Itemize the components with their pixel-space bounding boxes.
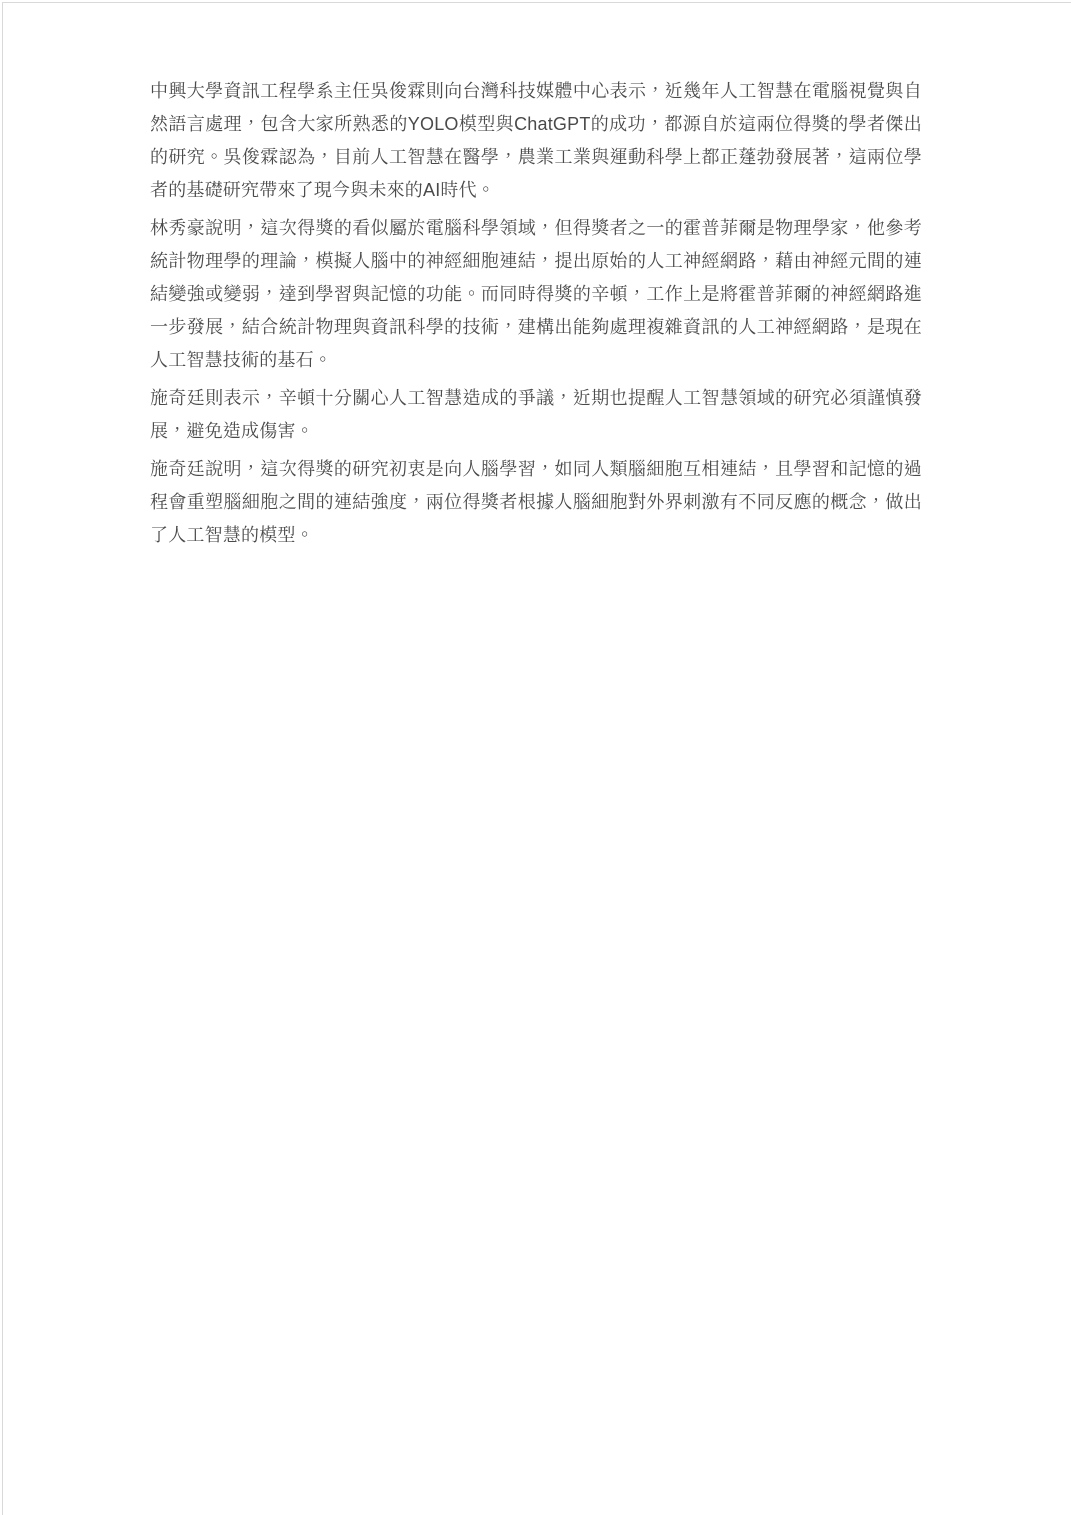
paragraph: 林秀豪說明，這次得獎的看似屬於電腦科學領域，但得獎者之一的霍普菲爾是物理學家，他… xyxy=(150,212,922,377)
paragraph: 中興大學資訊工程學系主任吳俊霖則向台灣科技媒體中心表示，近幾年人工智慧在電腦視覺… xyxy=(150,75,922,207)
document-page: { "colors": { "text": "#4a4a4a", "page_b… xyxy=(0,0,1071,1515)
page: 中興大學資訊工程學系主任吳俊霖則向台灣科技媒體中心表示，近幾年人工智慧在電腦視覺… xyxy=(0,0,1071,1515)
paragraph: 施奇廷說明，這次得獎的研究初衷是向人腦學習，如同人類腦細胞互相連結，且學習和記憶… xyxy=(150,453,922,552)
article-body: 中興大學資訊工程學系主任吳俊霖則向台灣科技媒體中心表示，近幾年人工智慧在電腦視覺… xyxy=(150,0,922,557)
paragraph: 施奇廷則表示，辛頓十分關心人工智慧造成的爭議，近期也提醒人工智慧領域的研究必須謹… xyxy=(150,382,922,448)
